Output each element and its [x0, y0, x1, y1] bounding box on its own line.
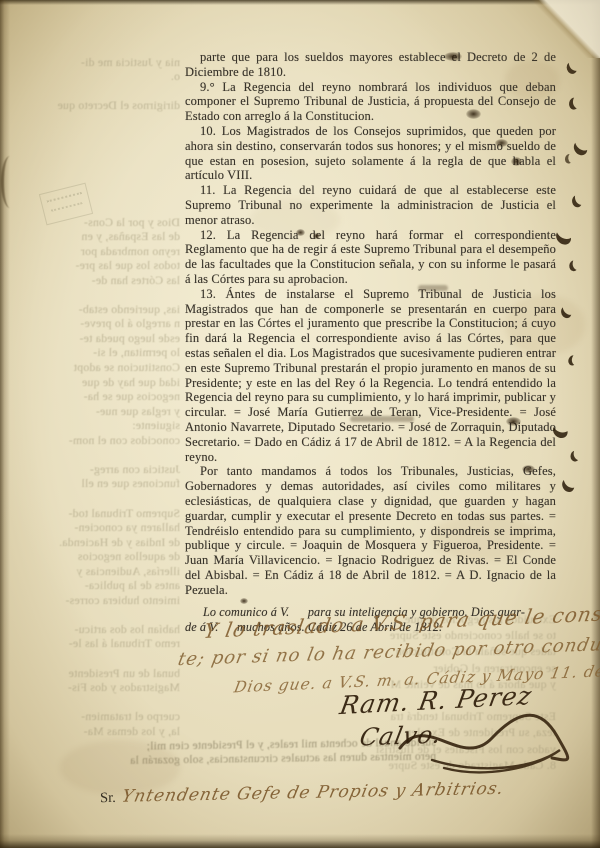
bleedthrough-line: reyno nombrada por	[6, 244, 180, 259]
bleedthrough-left-column: nia y Justicia me di-o.dirigirnos el Dec…	[6, 40, 180, 738]
ink-mark	[570, 352, 585, 368]
decree-paragraph: 12. La Regencia del reyno hará formar el…	[185, 228, 556, 287]
signature-text: Calvo.	[357, 720, 444, 751]
ink-blot	[495, 139, 508, 147]
ink-blot	[444, 52, 462, 61]
ink-mark	[571, 129, 595, 154]
bleedthrough-line	[6, 127, 180, 142]
ink-mark	[552, 216, 579, 243]
decree-paragraph: 11. La Regencia del reyno cuidará de que…	[185, 183, 556, 227]
ink-blot	[522, 465, 535, 473]
bleedthrough-line: esde luego pueda te-	[6, 331, 180, 346]
bleedthrough-line: hallaren ya conocien-	[6, 520, 180, 535]
bleedthrough-line: habían los dos articu-	[6, 622, 180, 637]
ink-mark	[567, 150, 580, 164]
decree-paragraph: 13. Ántes de instalarse el Supremo Tribu…	[185, 287, 556, 465]
bleedthrough-line: de aquellos negocios	[6, 549, 180, 564]
ink-blot	[511, 157, 522, 166]
ink-blot	[240, 598, 248, 604]
signature-line-2: Calvo.	[360, 721, 442, 752]
decree-paragraph: 10. Los Magistrados de los Consejos supr…	[185, 124, 556, 183]
bleedthrough-line: nia y Justicia me di-	[6, 55, 180, 70]
bleedthrough-line: o.	[6, 69, 180, 84]
ink-blot	[506, 417, 521, 426]
bleedthrough-line	[6, 651, 180, 666]
decree-paragraph-list: parte que para los sueldos mayores estab…	[185, 50, 556, 597]
bleedthrough-line: imiento hubiera corres-	[6, 593, 180, 608]
bleedthrough-line: y reglas que nue-	[6, 404, 180, 419]
bleedthrough-line	[6, 185, 180, 200]
bleedthrough-line: idad que hay de que	[6, 375, 180, 390]
ink-blot	[466, 109, 481, 119]
ink-mark	[574, 447, 586, 461]
bleedthrough-line	[6, 142, 180, 157]
ink-blot	[296, 229, 305, 236]
paper-edge-top	[0, 0, 600, 5]
bleedthrough-line: Justicia con arreg-	[6, 462, 180, 477]
bleedthrough-line	[6, 491, 180, 506]
ink-smear	[350, 416, 414, 422]
decree-paragraph: 9.° La Regencia del reyno nombrará los i…	[185, 80, 556, 124]
decree-paragraph: Por tanto mandamos á todos los Tribunale…	[185, 464, 556, 597]
bleedthrough-line: n arreglo á lo preve-	[6, 316, 180, 331]
bleedthrough-line	[6, 156, 180, 171]
ink-mark	[572, 93, 587, 110]
bleedthrough-line: funciones que en ell	[6, 476, 180, 491]
bleedthrough-line: antes de la publica-	[6, 578, 180, 593]
bleedthrough-line: remo Tribunal á las le-	[6, 636, 180, 651]
bleedthrough-line: Supremo Tribunal tod-	[6, 506, 180, 521]
bleedthrough-line	[6, 695, 180, 710]
ink-mark	[572, 256, 585, 270]
addressee-prefix: Sr.	[100, 790, 116, 807]
bleedthrough-line: las Córtes han de-	[6, 273, 180, 288]
bleedthrough-line	[6, 171, 180, 186]
bleedthrough-line	[6, 287, 180, 302]
bleedthrough-line: conocidos con el nom-	[6, 433, 180, 448]
ink-mark	[561, 468, 583, 490]
bleedthrough-line: negocios que se ha-	[6, 389, 180, 404]
bleedthrough-line	[6, 607, 180, 622]
bleedthrough-line: ias, queriendo estab-	[6, 302, 180, 317]
bleedthrough-line: illerías, Audiencias y	[6, 564, 180, 579]
bleedthrough-line: Magistrados y dos Fis-	[6, 680, 180, 695]
bleedthrough-line	[6, 84, 180, 99]
decree-paragraph: parte que para los sueldos mayores estab…	[185, 50, 556, 80]
bleedthrough-line: todos los que las pre-	[6, 258, 180, 273]
printed-text-block: parte que para los sueldos mayores estab…	[185, 50, 556, 635]
bleedthrough-line: dirigirnos el Decreto que	[6, 98, 180, 113]
bleedthrough-line: Constitucion se adopt	[6, 360, 180, 375]
bleedthrough-line: de las Españas, y en	[6, 229, 180, 244]
ink-smear	[418, 285, 448, 291]
bleedthrough-line	[6, 113, 180, 128]
ink-mark	[574, 189, 589, 206]
bleedthrough-line	[6, 40, 180, 55]
bleedthrough-line: bunal de un Presidente	[6, 666, 180, 681]
scanned-decree-page: nia y Justicia me di-o.dirigirnos el Dec…	[0, 0, 600, 848]
paper-edge-bottom	[0, 834, 600, 848]
addressee-text: Yntendente Gefe de Propios y Arbitrios.	[120, 779, 506, 807]
bleedthrough-line: Dios y por la Cons-	[6, 215, 180, 230]
bleedthrough-line: cuerpo el tratamien-	[6, 709, 180, 724]
bleedthrough-line: la, y los demas Ma-	[6, 724, 180, 739]
bleedthrough-line: de Indias y de Hacienda.	[6, 535, 180, 550]
paper-edge-right	[591, 0, 600, 848]
bleedthrough-line: siguiente:	[6, 418, 180, 433]
ink-blot	[313, 233, 320, 239]
bleedthrough-line	[6, 447, 180, 462]
bleedthrough-line: lo permitan, el si-	[6, 345, 180, 360]
